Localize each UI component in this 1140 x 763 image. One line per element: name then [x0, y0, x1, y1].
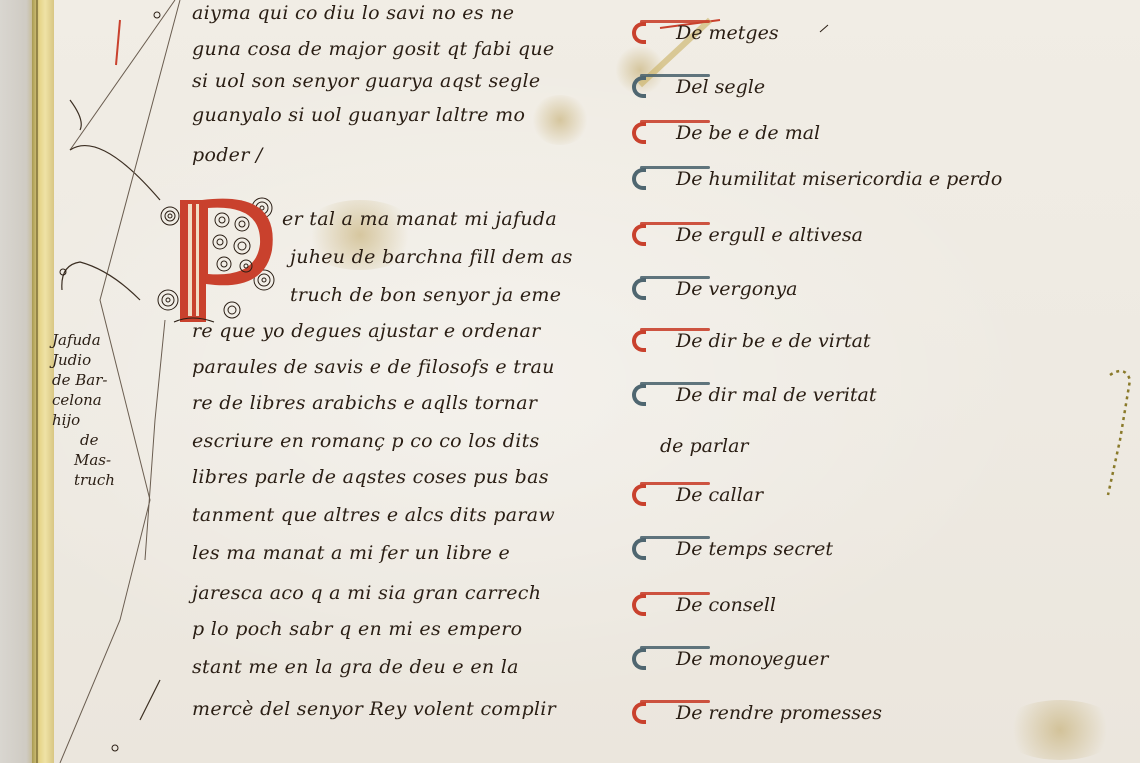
text-line: stant me en la gra de deu e en la: [192, 656, 519, 678]
marginal-line: Jafuda: [52, 330, 132, 350]
chapter-entry: De consell: [632, 592, 776, 618]
chapter-entry: De dir be e de virtat: [632, 328, 871, 354]
pilcrow-icon: [632, 120, 662, 146]
text-line: si uol son senyor guarya aqst segle: [192, 70, 540, 92]
chapter-entry: De vergonya: [632, 276, 797, 302]
marginal-line: Judio: [52, 350, 132, 370]
pilcrow-icon: [632, 166, 662, 192]
pilcrow-icon: [632, 646, 662, 672]
text-line: libres parle de aqstes coses pus bas: [192, 466, 549, 488]
text-line: p lo poch sabr q en mi es empero: [192, 618, 522, 640]
marginal-line: celona: [52, 390, 132, 410]
pilcrow-icon: [632, 482, 662, 508]
text-line: truch de bon senyor ja eme: [290, 284, 561, 306]
marginal-line: truch: [52, 470, 132, 490]
text-line: guna cosa de major gosit qt fabi que: [192, 38, 554, 60]
chapter-entry: De temps secret: [632, 536, 833, 562]
chapter-entry: De be e de mal: [632, 120, 820, 146]
text-line: jaresca aco q a mi sia gran carrech: [192, 582, 541, 604]
text-line: escriure en romanç p co co los dits: [192, 430, 540, 452]
text-line: tanment que altres e alcs dits paraw: [192, 504, 555, 526]
chapter-entry: De monoyeguer: [632, 646, 828, 672]
chapter-entry: De humilitat misericordia e perdo: [632, 166, 1002, 192]
pilcrow-icon: [632, 592, 662, 618]
chapter-entry: De metges: [632, 20, 779, 46]
marginal-line: Mas-: [52, 450, 132, 470]
text-line: er tal a ma manat mi jafuda: [282, 208, 557, 230]
text-line: les ma manat a mi fer un libre e: [192, 542, 510, 564]
text-line: poder /: [192, 144, 263, 166]
chapter-entry: De rendre promesses: [632, 700, 882, 726]
chapter-entry: De dir mal de veritat: [632, 382, 877, 408]
pilcrow-icon: [632, 74, 662, 100]
chapter-entry: Del segle: [632, 74, 765, 100]
text-line: guanyalo si uol guanyar laltre mo: [192, 104, 525, 126]
pilcrow-icon: [632, 222, 662, 248]
marginal-note: Jafuda Judio de Bar- celona hijo de Mas-…: [52, 330, 132, 490]
pilcrow-icon: [632, 536, 662, 562]
chapter-entry: De ergull e altivesa: [632, 222, 863, 248]
illuminated-initial-p: [152, 180, 280, 330]
pilcrow-icon: [632, 382, 662, 408]
text-line: re de libres arabichs e aqlls tornar: [192, 392, 537, 414]
marginal-line: de Bar-: [52, 370, 132, 390]
pilcrow-icon: [632, 276, 662, 302]
text-line: aiyma qui co diu lo savi no es ne: [192, 2, 514, 24]
pilcrow-icon: [632, 700, 662, 726]
text-line: re que yo degues ajustar e ordenar: [192, 320, 540, 342]
margin-sketch-lines: [0, 0, 1140, 763]
marginal-line: de: [52, 430, 132, 450]
text-line: juheu de barchna fill dem as: [290, 246, 573, 268]
marginal-line: hijo: [52, 410, 132, 430]
chapter-entry-continuation: de parlar: [660, 434, 749, 457]
chapter-entry: De callar: [632, 482, 763, 508]
pilcrow-icon: [632, 20, 662, 46]
pilcrow-icon: [632, 328, 662, 354]
text-line: mercè del senyor Rey volent complir: [192, 698, 556, 720]
text-line: paraules de savis e de filosofs e trau: [192, 356, 555, 378]
